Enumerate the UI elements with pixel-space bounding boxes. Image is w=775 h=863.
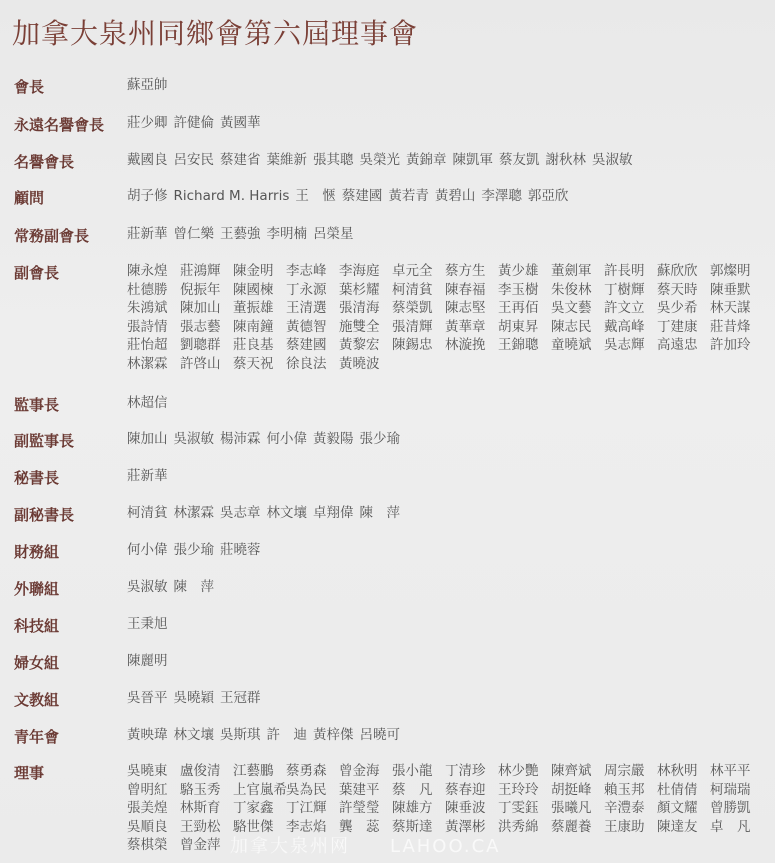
person-name: 黃梓傑 xyxy=(313,726,354,745)
person-name: 胡東昇 xyxy=(498,318,551,337)
person-name: 林文壤 xyxy=(174,726,215,745)
person-name: 許啓山 xyxy=(180,355,233,374)
name-list: 莊新華 xyxy=(127,467,772,486)
person-name: 蔡 凡 xyxy=(392,781,445,800)
section-label: 婦女組 xyxy=(14,652,59,673)
person-name: 林漩挽 xyxy=(445,336,498,355)
person-name: 曾金海 xyxy=(339,762,392,781)
person-name: 戴國良 xyxy=(127,151,168,170)
person-name: 莊良基 xyxy=(233,336,286,355)
section-label: 顧問 xyxy=(14,187,44,208)
person-name: 葉建平 xyxy=(339,781,392,800)
person-name: 胡子修 xyxy=(127,187,168,206)
person-name: 柯清貧 xyxy=(392,281,445,300)
person-name: 黃國華 xyxy=(220,114,261,133)
section-label: 會長 xyxy=(14,76,44,97)
person-name: 柯瑞瑞 xyxy=(710,781,763,800)
person-name: 陳垂默 xyxy=(710,281,763,300)
person-name: 吳斯琪 xyxy=(220,726,261,745)
person-name: 許瑩瑩 xyxy=(339,799,392,818)
name-list: 陳麗明 xyxy=(127,652,772,671)
person-name: 王勁松 xyxy=(180,818,233,837)
person-name: 吳淑敏 xyxy=(174,430,215,449)
person-name: 蔡棋榮 xyxy=(127,836,180,855)
person-name: 張清輝 xyxy=(392,318,445,337)
person-name: 曾仁樂 xyxy=(174,225,215,244)
person-name: 蔡榮凱 xyxy=(392,299,445,318)
person-name: 林超信 xyxy=(127,394,168,413)
person-name: 吳榮光 xyxy=(360,151,401,170)
person-name: 莊新華 xyxy=(127,225,168,244)
person-name: 王冠群 xyxy=(220,689,261,708)
name-list: 林超信 xyxy=(127,394,772,413)
person-name: 王玲玲 xyxy=(498,781,551,800)
person-name: 卓 凡 xyxy=(710,818,763,837)
person-name: 陳加山 xyxy=(180,299,233,318)
person-name: 盧俊清 xyxy=(180,762,233,781)
person-name: 黃德智 xyxy=(286,318,339,337)
person-name: 黃若青 xyxy=(388,187,429,206)
person-name: 郭亞欣 xyxy=(528,187,569,206)
person-name: 謝秋林 xyxy=(546,151,587,170)
person-name: 許文立 xyxy=(604,299,657,318)
name-list: 戴國良呂安民蔡建省葉維新張其聰吳榮光黃錦章陳凱軍蔡友凱謝秋林吳淑敏 xyxy=(127,151,772,170)
person-name: 張曦凡 xyxy=(551,799,604,818)
person-name: 董劍軍 xyxy=(551,262,604,281)
person-name: 曾勝凱 xyxy=(710,799,763,818)
person-name: 張其聰 xyxy=(313,151,354,170)
person-name: 顏文耀 xyxy=(657,799,710,818)
person-name: 王秉旭 xyxy=(127,615,168,634)
person-name: 丁家鑫 xyxy=(233,799,286,818)
person-name: 林少艷 xyxy=(498,762,551,781)
person-name: 王康助 xyxy=(604,818,657,837)
person-name: 張少瑜 xyxy=(174,541,215,560)
watermark: 加拿大泉州网 LAHOO.CA xyxy=(230,832,501,858)
section-label: 秘書長 xyxy=(14,467,59,488)
person-name: 上官嵐希 xyxy=(233,781,286,800)
section-label: 文教組 xyxy=(14,689,59,710)
person-name: 李玉樹 xyxy=(498,281,551,300)
person-name: 葉杉耀 xyxy=(339,281,392,300)
name-list: 陳加山吳淑敏楊沛霖何小偉黃毅陽張少瑜 xyxy=(127,430,772,449)
person-name: 葉維新 xyxy=(267,151,308,170)
person-name: 吳曉東 xyxy=(127,762,180,781)
person-name: 蔡春迎 xyxy=(445,781,498,800)
person-name: 李明楠 xyxy=(267,225,308,244)
person-name: 吳晉平 xyxy=(127,689,168,708)
person-name: 蔡建省 xyxy=(220,151,261,170)
person-name: 丁江輝 xyxy=(286,799,339,818)
section-label: 副監事長 xyxy=(14,430,74,451)
person-name: 陳齊斌 xyxy=(551,762,604,781)
person-name: 丁建康 xyxy=(657,318,710,337)
person-name: 陳麗明 xyxy=(127,652,168,671)
person-name: 陳志堅 xyxy=(445,299,498,318)
person-name: 黃曉波 xyxy=(339,355,392,374)
person-name: 張志藝 xyxy=(180,318,233,337)
person-name: 吳少希 xyxy=(657,299,710,318)
person-name: 呂曉可 xyxy=(360,726,401,745)
person-name: 呂安民 xyxy=(174,151,215,170)
person-name: 張少瑜 xyxy=(360,430,401,449)
person-name: 洪秀綿 xyxy=(498,818,551,837)
person-name: 王清選 xyxy=(286,299,339,318)
name-list: 莊新華曾仁樂王藝強李明楠呂榮星 xyxy=(127,225,772,244)
person-name: 王再佰 xyxy=(498,299,551,318)
person-name: 倪振年 xyxy=(180,281,233,300)
person-name: 蔡天時 xyxy=(657,281,710,300)
person-name: 柯清貧 xyxy=(127,504,168,523)
person-name: 黃錦章 xyxy=(406,151,447,170)
section-label: 青年會 xyxy=(14,726,59,747)
person-name: 許長明 xyxy=(604,262,657,281)
person-name: 蔡友凱 xyxy=(499,151,540,170)
person-name: 李海庭 xyxy=(339,262,392,281)
person-name: 林文壤 xyxy=(267,504,308,523)
person-name: 蔡建國 xyxy=(286,336,339,355)
section-label: 財務組 xyxy=(14,541,59,562)
person-name: 吳文藝 xyxy=(551,299,604,318)
person-name: 賴玉邦 xyxy=(604,781,657,800)
person-name: 林秋明 xyxy=(657,762,710,781)
person-name: 陳春福 xyxy=(445,281,498,300)
person-name: 陳雄方 xyxy=(392,799,445,818)
person-name: 許健倫 xyxy=(174,114,215,133)
person-name: 張小龍 xyxy=(392,762,445,781)
person-name: 黃少雄 xyxy=(498,262,551,281)
person-name: 莊鴻輝 xyxy=(180,262,233,281)
page-title: 加拿大泉州同鄉會第六屆理事會 xyxy=(12,12,418,52)
person-name: 吳志輝 xyxy=(604,336,657,355)
section-label: 科技組 xyxy=(14,615,59,636)
person-name: 許 迪 xyxy=(267,726,308,745)
person-name: 丁清珍 xyxy=(445,762,498,781)
person-name: 朱俊林 xyxy=(551,281,604,300)
person-name: 黃映瑋 xyxy=(127,726,168,745)
person-name: 黃華章 xyxy=(445,318,498,337)
person-name: Richard M. Harris xyxy=(174,187,290,206)
section-label: 副秘書長 xyxy=(14,504,74,525)
person-name: 曾金萍 xyxy=(180,836,233,855)
name-list: 柯清貧林潔霖吳志章林文壤卓翔偉陳 萍 xyxy=(127,504,772,523)
person-name: 胡挺峰 xyxy=(551,781,604,800)
name-list: 吳晉平吳曉穎王冠群 xyxy=(127,689,772,708)
person-name: 張詩情 xyxy=(127,318,180,337)
person-name: 莊怡超 xyxy=(127,336,180,355)
person-name: 何小偉 xyxy=(127,541,168,560)
name-list: 陳永煌莊鴻輝陳金明李志峰李海庭卓元全蔡方生黃少雄董劍軍許長明蘇欣欣郭燦明杜德勝倪… xyxy=(127,262,772,373)
person-name: 陳國楝 xyxy=(233,281,286,300)
person-name: 駱玉秀 xyxy=(180,781,233,800)
person-name: 董振雄 xyxy=(233,299,286,318)
person-name: 陳垂波 xyxy=(445,799,498,818)
name-list: 胡子修Richard M. Harris王 愜蔡建國黃若青黃碧山李澤聰郭亞欣 xyxy=(127,187,772,206)
person-name: 蘇亞帥 xyxy=(127,76,168,95)
person-name: 莊曉蓉 xyxy=(220,541,261,560)
person-name: 童曉斌 xyxy=(551,336,604,355)
person-name: 陳 萍 xyxy=(174,578,215,597)
person-name: 黃毅陽 xyxy=(313,430,354,449)
person-name: 高遠忠 xyxy=(657,336,710,355)
person-name: 王錦聰 xyxy=(498,336,551,355)
section-label: 外聯組 xyxy=(14,578,59,599)
person-name: 林潔霖 xyxy=(127,355,180,374)
person-name: 吳為民 xyxy=(286,781,339,800)
person-name: 郭燦明 xyxy=(710,262,763,281)
person-name: 周宗嚴 xyxy=(604,762,657,781)
person-name: 莊昔烽 xyxy=(710,318,763,337)
person-name: 王藝強 xyxy=(220,225,261,244)
person-name: 蔡建國 xyxy=(342,187,383,206)
person-name: 陳凱軍 xyxy=(453,151,494,170)
person-name: 莊新華 xyxy=(127,467,168,486)
person-name: 張清海 xyxy=(339,299,392,318)
person-name: 吳淑敏 xyxy=(127,578,168,597)
person-name: 徐良法 xyxy=(286,355,339,374)
person-name: 黃黎宏 xyxy=(339,336,392,355)
person-name: 蔡方生 xyxy=(445,262,498,281)
person-name: 黃碧山 xyxy=(435,187,476,206)
name-list: 莊少卿許健倫黃國華 xyxy=(127,114,772,133)
person-name: 陳永煌 xyxy=(127,262,180,281)
person-name: 陳南鐘 xyxy=(233,318,286,337)
person-name: 王 愜 xyxy=(295,187,336,206)
section-label: 名譽會長 xyxy=(14,151,74,172)
person-name: 李澤聰 xyxy=(481,187,522,206)
person-name: 陳錫忠 xyxy=(392,336,445,355)
person-name: 卓元全 xyxy=(392,262,445,281)
person-name: 蔡天祝 xyxy=(233,355,286,374)
person-name: 曾明紅 xyxy=(127,781,180,800)
person-name: 吳志章 xyxy=(220,504,261,523)
person-name: 吳順良 xyxy=(127,818,180,837)
name-list: 蘇亞帥 xyxy=(127,76,772,95)
name-list: 何小偉張少瑜莊曉蓉 xyxy=(127,541,772,560)
person-name: 林潔霖 xyxy=(174,504,215,523)
person-name: 林天謀 xyxy=(710,299,763,318)
person-name: 何小偉 xyxy=(267,430,308,449)
person-name: 許加玲 xyxy=(710,336,763,355)
person-name: 陳達友 xyxy=(657,818,710,837)
person-name: 劉聰群 xyxy=(180,336,233,355)
person-name: 蔡勇森 xyxy=(286,762,339,781)
person-name: 蔡麗養 xyxy=(551,818,604,837)
person-name: 吳曉穎 xyxy=(174,689,215,708)
person-name: 丁永源 xyxy=(286,281,339,300)
section-label: 常務副會長 xyxy=(14,225,89,246)
person-name: 杜德勝 xyxy=(127,281,180,300)
name-list: 黃映瑋林文壤吳斯琪許 迪黃梓傑呂曉可 xyxy=(127,726,772,745)
name-list: 王秉旭 xyxy=(127,615,772,634)
person-name: 林平平 xyxy=(710,762,763,781)
person-name: 陳加山 xyxy=(127,430,168,449)
section-label: 監事長 xyxy=(14,394,59,415)
section-label: 副會長 xyxy=(14,262,59,283)
person-name: 陳金明 xyxy=(233,262,286,281)
person-name: 朱鴻斌 xyxy=(127,299,180,318)
person-name: 李志峰 xyxy=(286,262,339,281)
section-label: 永遠名譽會長 xyxy=(14,114,104,135)
person-name: 辛澧泰 xyxy=(604,799,657,818)
person-name: 莊少卿 xyxy=(127,114,168,133)
person-name: 蘇欣欣 xyxy=(657,262,710,281)
person-name: 陳志民 xyxy=(551,318,604,337)
person-name: 呂榮星 xyxy=(313,225,354,244)
person-name: 江藝鵬 xyxy=(233,762,286,781)
person-name: 張美煌 xyxy=(127,799,180,818)
person-name: 丁樹輝 xyxy=(604,281,657,300)
name-list: 吳淑敏陳 萍 xyxy=(127,578,772,597)
person-name: 陳 萍 xyxy=(360,504,401,523)
person-name: 杜倩倩 xyxy=(657,781,710,800)
person-name: 吳淑敏 xyxy=(592,151,633,170)
person-name: 卓翔偉 xyxy=(313,504,354,523)
person-name: 林斯育 xyxy=(180,799,233,818)
person-name: 楊沛霖 xyxy=(220,430,261,449)
person-name: 丁雯鈺 xyxy=(498,799,551,818)
person-name: 戴高峰 xyxy=(604,318,657,337)
section-label: 理事 xyxy=(14,762,44,783)
person-name: 施雙全 xyxy=(339,318,392,337)
